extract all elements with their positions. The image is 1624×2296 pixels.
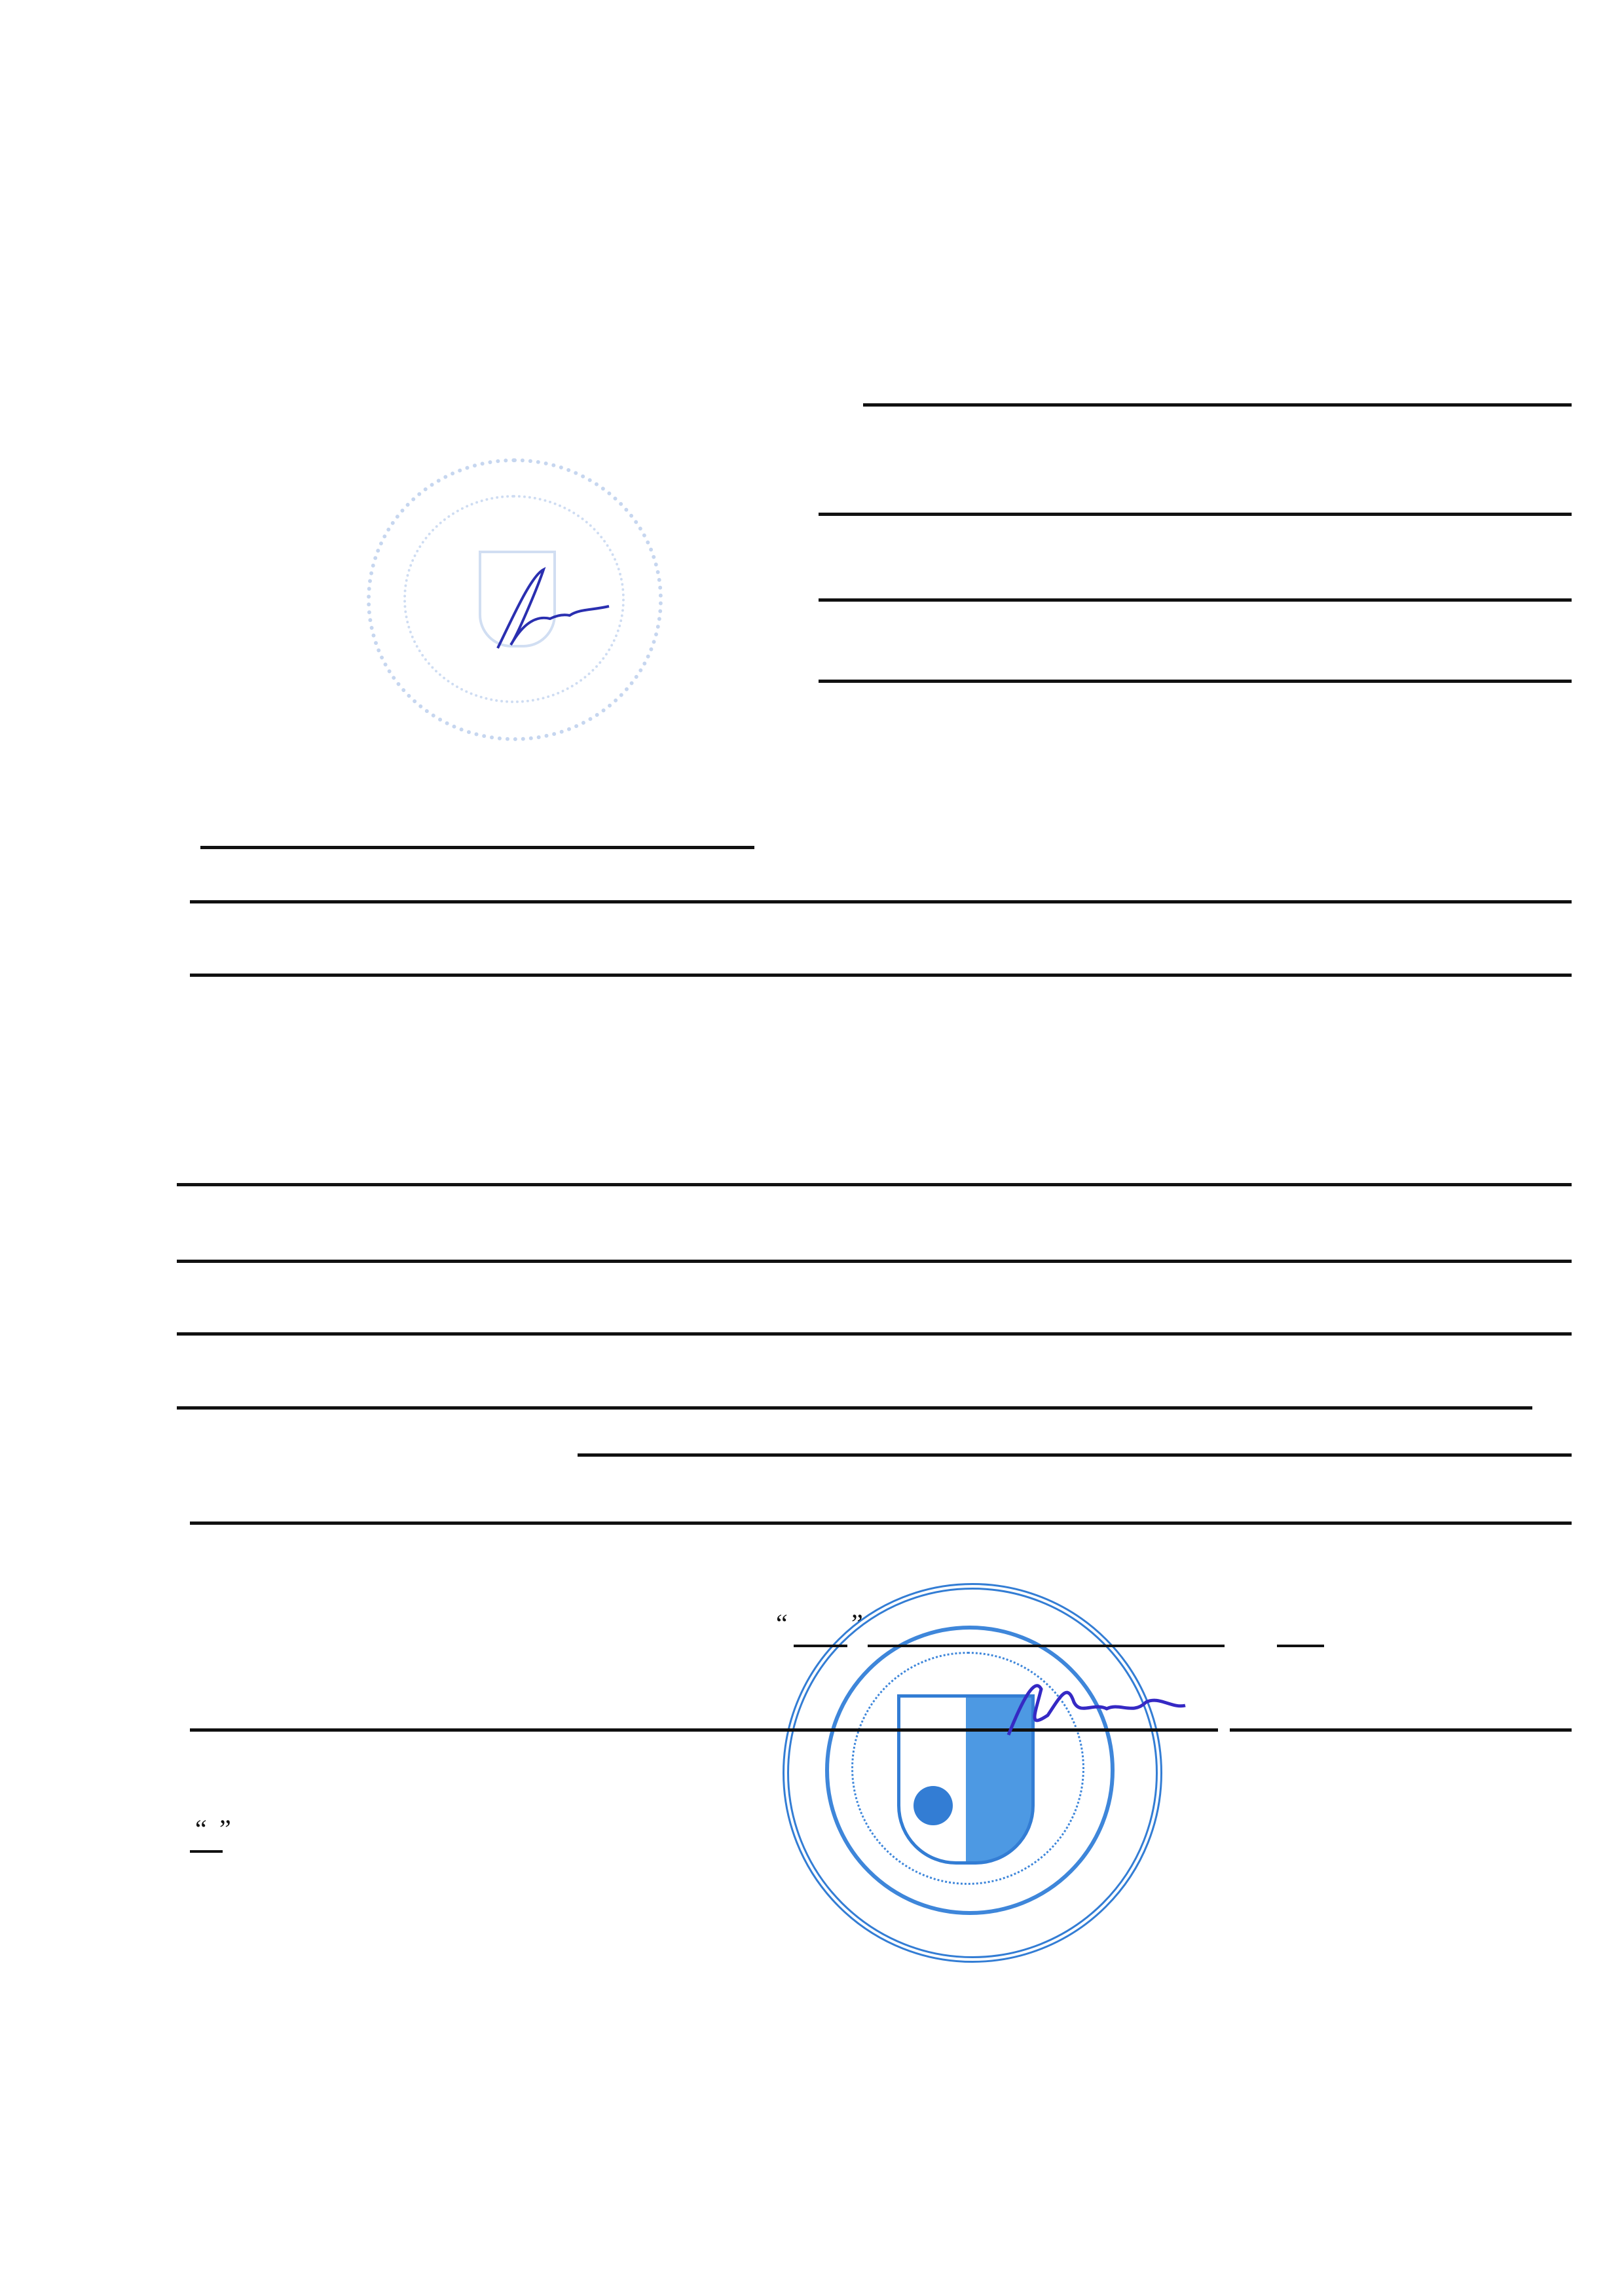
underline [1277, 1645, 1324, 1647]
underline [190, 1522, 1572, 1525]
sun-icon [913, 1786, 953, 1825]
underline [200, 846, 754, 849]
underline [578, 1453, 1572, 1457]
quote-close: ” [219, 1813, 231, 1845]
underline [177, 1260, 1572, 1263]
underline [190, 1850, 223, 1853]
underline [863, 403, 1572, 407]
construction-type-line [190, 1077, 1572, 1080]
head-signature [995, 1676, 1192, 1741]
underline [190, 900, 1572, 903]
underline [794, 1645, 847, 1647]
underline [819, 513, 1572, 516]
underline [177, 1406, 1532, 1410]
form-title [589, 216, 1179, 219]
underline [819, 598, 1572, 602]
serial-number-stamp [128, 962, 168, 1126]
underline [819, 680, 1572, 683]
underline [177, 1332, 1572, 1336]
underline [1230, 1728, 1572, 1732]
quote-open: “ [776, 1608, 788, 1639]
quote-close: ” [851, 1608, 863, 1639]
official-seal-stamp [783, 1583, 1162, 1963]
underline [868, 1645, 1225, 1647]
quote-open: “ [195, 1813, 207, 1845]
underline [190, 974, 1572, 977]
handwritten-signature [471, 563, 622, 655]
underline [177, 1183, 1572, 1186]
